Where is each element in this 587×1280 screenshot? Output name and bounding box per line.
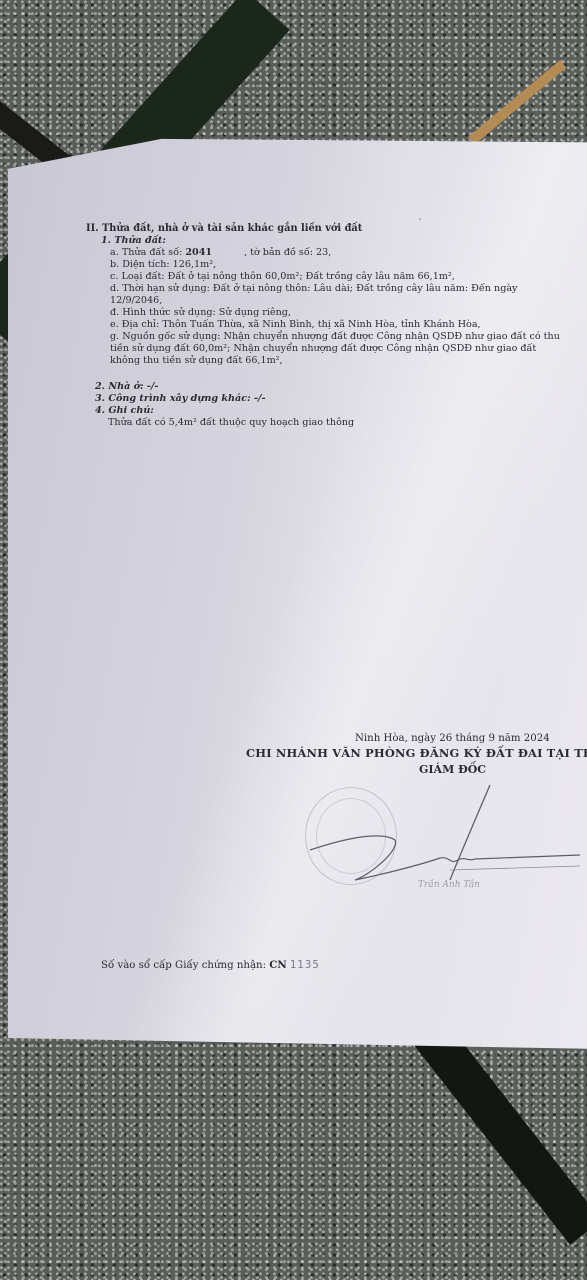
signer-title: GIÁM ĐỐC bbox=[419, 764, 486, 775]
notes-heading: 4. Ghi chú: bbox=[95, 405, 154, 416]
parcel-number-label: a. Thửa đất số: bbox=[110, 247, 182, 258]
usage-term: d. Thời hạn sử dụng: Đất ở tại nông thôn… bbox=[110, 283, 517, 294]
certificate-code: CN bbox=[269, 959, 286, 971]
house-info: 2. Nhà ở: -/- bbox=[95, 381, 158, 392]
issuing-organization: CHI NHÁNH VĂN PHÒNG ĐĂNG KÝ ĐẤT ĐAI TẠI … bbox=[246, 748, 587, 759]
land-type: c. Loại đất: Đất ở tại nông thôn 60,0m²;… bbox=[110, 271, 455, 282]
other-construction-info: 3. Công trình xây dựng khác: -/- bbox=[95, 393, 265, 404]
signer-name: Trần Anh Tân bbox=[418, 880, 480, 891]
usage-origin-line-1: g. Nguồn gốc sử dụng: Nhận chuyển nhượng… bbox=[110, 331, 560, 342]
usage-origin-line-2: tiền sử dụng đất 60,0m²; Nhận chuyển như… bbox=[110, 343, 536, 354]
place-date: Ninh Hòa, ngày 26 tháng 9 năm 2024 bbox=[355, 733, 550, 744]
parcel-area: b. Diện tích: 126,1m², bbox=[110, 259, 216, 270]
certificate-entry-label: Số vào sổ cấp Giấy chứng nhận: bbox=[101, 960, 266, 971]
certificate-number: 1135 bbox=[290, 960, 320, 971]
document-content: ' II. Thửa đất, nhà ở và tài sản khác gắ… bbox=[0, 0, 587, 1280]
certificate-entry: Số vào sổ cấp Giấy chứng nhận: CN 1135 bbox=[101, 960, 320, 971]
usage-form: đ. Hình thức sử dụng: Sử dụng riêng, bbox=[110, 307, 291, 318]
parcel-number-line: a. Thửa đất số: 2041 , tờ bản đồ số: 23, bbox=[110, 247, 212, 258]
map-sheet-number: , tờ bản đồ số: 23, bbox=[244, 247, 331, 258]
parcel-address: e. Địa chỉ: Thôn Tuấn Thừa, xã Ninh Bình… bbox=[110, 319, 481, 330]
notes-text: Thửa đất có 5,4m² đất thuộc quy hoạch gi… bbox=[108, 417, 354, 428]
usage-term-date: 12/9/2046, bbox=[110, 295, 162, 306]
section-heading: II. Thửa đất, nhà ở và tài sản khác gắn … bbox=[86, 223, 362, 234]
parcel-number-value: 2041 bbox=[185, 247, 212, 258]
usage-origin-line-3: không thu tiền sử dụng đất 66,1m², bbox=[110, 355, 283, 366]
parcel-heading: 1. Thửa đất: bbox=[101, 235, 166, 246]
ink-mark: ' bbox=[419, 216, 421, 227]
